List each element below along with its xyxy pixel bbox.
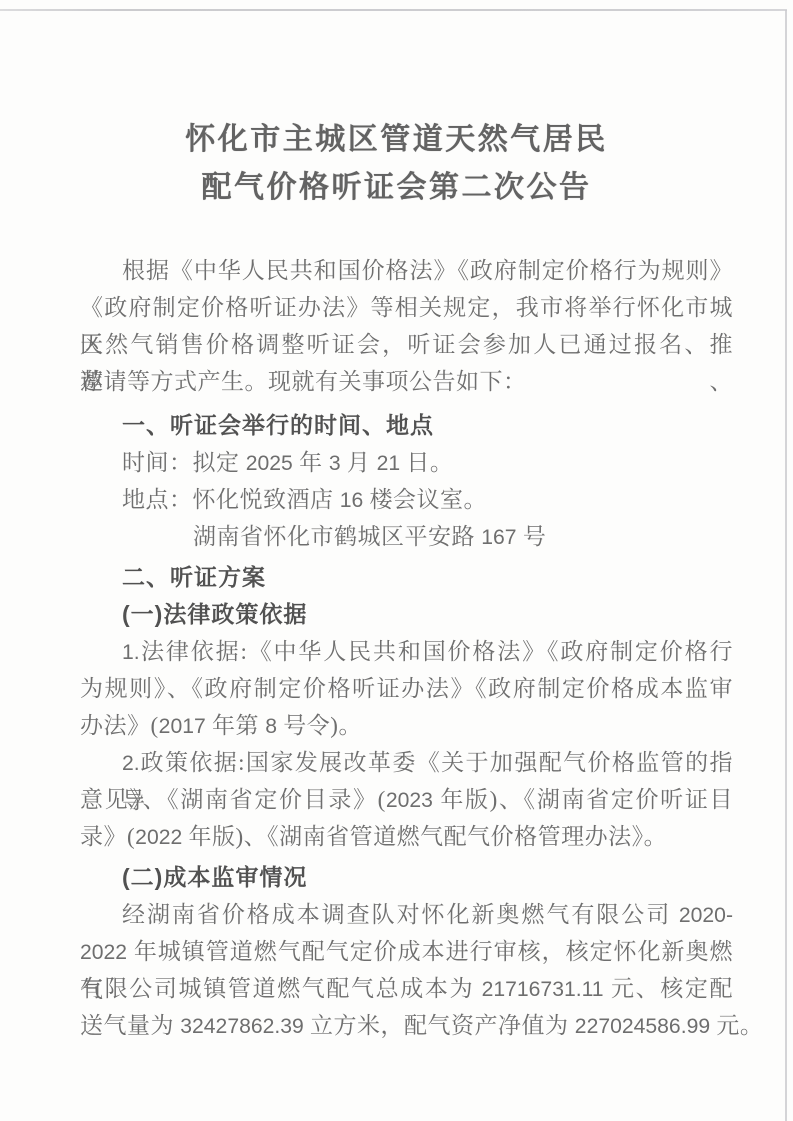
- doc-line-19: 2022 年城镇管道燃气配气定价成本进行审核，核定怀化新奥燃气: [80, 933, 733, 970]
- scan-top-edge-line: [0, 9, 787, 11]
- doc-line-3: 天然气销售价格调整听证会，听证会参加人已通过报名、推荐、: [80, 326, 733, 363]
- doc-line-20: 有限公司城镇管道燃气配气总成本为 21716731.11 元、核定配: [80, 970, 733, 1007]
- doc-line-11: 1.法律依据:《中华人民共和国价格法》《政府制定价格行: [80, 633, 733, 670]
- subsection-1-heading: (一)法律政策依据: [80, 596, 733, 633]
- doc-line-2: 《政府制定价格听证办法》等相关规定，我市将举行怀化市城区: [80, 289, 733, 326]
- section-2-heading: 二、听证方案: [80, 559, 733, 596]
- doc-line-18: 经湖南省价格成本调查队对怀化新奥燃气有限公司 2020-: [80, 896, 733, 933]
- doc-line-address: 湖南省怀化市鹤城区平安路 167 号: [80, 518, 733, 555]
- doc-line-14: 2.政策依据:国家发展改革委《关于加强配气价格监管的指导: [80, 744, 733, 781]
- scanned-notice-page: 怀化市主城区管道天然气居民 配气价格听证会第二次公告 根据《中华人民共和国价格法…: [0, 0, 793, 1121]
- doc-line-21: 送气量为 32427862.39 立方米，配气资产净值为 227024586.9…: [80, 1007, 733, 1044]
- doc-line-13: 办法》(2017 年第 8 号令)。: [80, 707, 733, 744]
- doc-line-place: 地点：怀化悦致酒店 16 楼会议室。: [80, 481, 733, 518]
- doc-line-12: 为规则》、《政府制定价格听证办法》《政府制定价格成本监审: [80, 670, 733, 707]
- document-title-line-1: 怀化市主城区管道天然气居民: [0, 116, 793, 164]
- document-body: 根据《中华人民共和国价格法》《政府制定价格行为规则》 《政府制定价格听证办法》等…: [80, 252, 733, 1044]
- doc-line-1: 根据《中华人民共和国价格法》《政府制定价格行为规则》: [80, 252, 733, 289]
- doc-line-time: 时间：拟定 2025 年 3 月 21 日。: [80, 444, 733, 481]
- document-title: 怀化市主城区管道天然气居民 配气价格听证会第二次公告: [0, 116, 793, 212]
- subsection-2-heading: (二)成本监审情况: [80, 859, 733, 896]
- doc-line-15: 意见》、《湖南省定价目录》(2023 年版)、《湖南省定价听证目: [80, 781, 733, 818]
- doc-line-16: 录》(2022 年版)、《湖南省管道燃气配气价格管理办法》。: [80, 818, 733, 855]
- section-1-heading: 一、听证会举行的时间、地点: [80, 407, 733, 444]
- document-title-line-2: 配气价格听证会第二次公告: [0, 164, 793, 212]
